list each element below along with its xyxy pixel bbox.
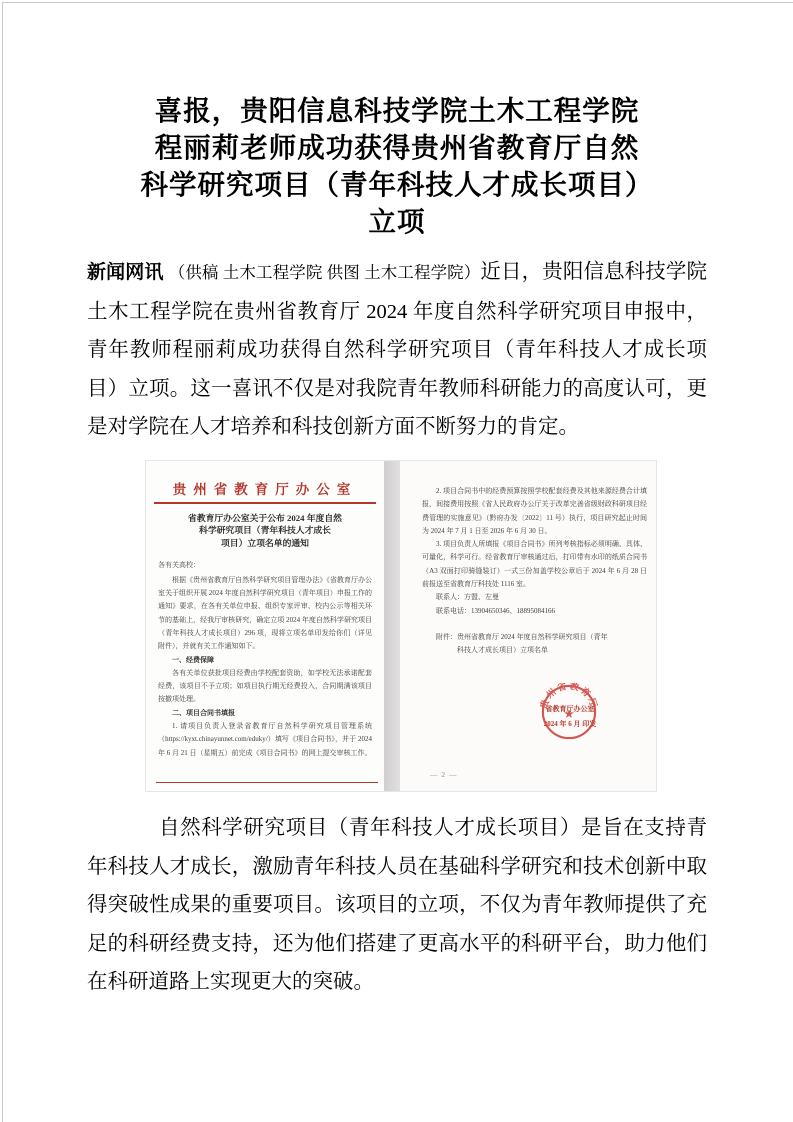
article: 喜报，贵阳信息科技学院土木工程学院 程丽莉老师成功获得贵州省教育厅自然 科学研究… xyxy=(87,92,707,1002)
intro-text: 近日，贵阳信息科技学院土木工程学院在贵州省教育厅 2024 年度自然科学研究项目… xyxy=(87,261,707,438)
intro-paragraph: 新闻网讯 （供稿 土木工程学院 供图 土木工程学院）近日，贵阳信息科技学院土木工… xyxy=(87,253,707,447)
doc-paragraph: 各有关单位获批项目经费由学校配套资助，如学校无法承诺配套经费，该项目不予立项；如… xyxy=(158,667,372,707)
official-seal-icon: 贵州省教育厅 ★ xyxy=(540,683,598,741)
doc-title-line-1: 省教育厅办公室关于公布 2024 年度自然 xyxy=(152,512,378,525)
page-title-line-3: 科学研究项目（青年科技人才成长项目） xyxy=(87,166,707,203)
page-title: 喜报，贵阳信息科技学院土木工程学院 程丽莉老师成功获得贵州省教育厅自然 科学研究… xyxy=(87,92,707,240)
news-source-label: 新闻网讯 xyxy=(87,262,163,283)
doc-paragraph: 1. 请项目负责人登录省教育厅自然科学研究项目管理系统（https://kyxt… xyxy=(158,720,372,760)
doc-paragraph: 3. 项目负责人所填报《项目合同书》所列考核指标必须明确、具体、可量化，科学可行… xyxy=(422,538,647,591)
doc-paragraph: 根据《贵州省教育厅自然科学研究项目管理办法》《省教育厅办公室关于组织开展 202… xyxy=(158,574,372,654)
contact-person-line: 联系人：方盟、左曼 xyxy=(422,591,647,604)
doc-red-footer-rule xyxy=(156,782,378,783)
doc-title: 省教育厅办公室关于公布 2024 年度自然 科学研究项目（青年科技人才成长 项目… xyxy=(152,512,378,550)
notice-scan-image: 贵州省教育厅办公室 省教育厅办公室关于公布 2024 年度自然 科学研究项目（青… xyxy=(145,460,657,792)
page-number: — 2 — xyxy=(430,770,458,779)
page-title-line-1: 喜报，贵阳信息科技学院土木工程学院 xyxy=(87,92,707,129)
contact-phone-line: 联系电话：13904650346、18895084166 xyxy=(422,605,647,618)
doc-paragraph: 2. 项目合同书中的经费预算按照学校配套经费及其他来源经费合计填报，间接费用按照… xyxy=(422,485,647,538)
attachment-line-1: 附件：贵州省教育厅 2024 年度自然科学研究项目（青年 xyxy=(422,631,647,644)
doc-red-header: 贵州省教育厅办公室 xyxy=(154,478,376,498)
closing-paragraph: 自然科学研究项目（青年科技人才成长项目）是旨在支持青年科技人才成长，激励青年科技… xyxy=(87,809,707,1002)
doc-salutation: 各有关高校： xyxy=(158,559,372,572)
seal-star-icon: ★ xyxy=(563,707,574,721)
notice-scan-page-2: 2. 项目合同书中的经费预算按照学校配套经费及其他来源经费合计填报，间接费用按照… xyxy=(400,461,656,791)
doc-title-line-2: 科学研究项目（青年科技人才成长 xyxy=(152,524,378,537)
attachment-line-2: 科技人才成长项目）立项名单 xyxy=(422,644,647,657)
credit-line: （供稿 土木工程学院 供图 土木工程学院） xyxy=(169,263,481,282)
doc-red-header-rule xyxy=(154,502,376,504)
scan-page-gap xyxy=(384,461,400,791)
notice-scan-page-1: 贵州省教育厅办公室 省教育厅办公室关于公布 2024 年度自然 科学研究项目（青… xyxy=(146,461,384,791)
doc-section-heading: 一、经费保障 xyxy=(158,654,372,667)
doc-title-line-3: 项目）立项名单的通知 xyxy=(152,537,378,550)
page-title-line-4: 立项 xyxy=(87,203,707,240)
doc-section-heading: 二、项目合同书填报 xyxy=(158,707,372,720)
page-title-line-2: 程丽莉老师成功获得贵州省教育厅自然 xyxy=(87,129,707,166)
